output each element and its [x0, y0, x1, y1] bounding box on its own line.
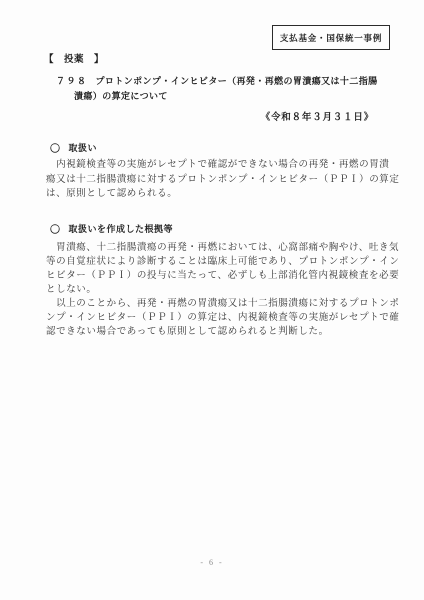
- paragraph-line: 等の自覚症状により診断することは臨床上可能であり、プロトンポンプ・イン: [46, 255, 402, 269]
- paragraph-line: 内視鏡検査等の実施がレセプトで確認ができない場合の再発・再燃の胃潰: [46, 158, 402, 173]
- category-label: 【 投薬 】: [44, 51, 104, 65]
- classification-stamp-text: 支払基金・国保統一事例: [280, 32, 382, 44]
- paragraph-line: としない。: [46, 283, 402, 297]
- rationale-paragraph: 胃潰瘍、十二指腸潰瘍の再発・再燃においては、心窩部痛や胸やけ、吐き気 等の自覚症…: [46, 241, 402, 339]
- item-number: ７９８: [56, 76, 88, 86]
- paragraph-line: 認できない場合であっても原則として認められると判断した。: [46, 325, 402, 339]
- title-text-line-1: プロトンポンプ・インヒビター（再発・再燃の胃潰瘍又は十二指腸: [96, 76, 378, 86]
- paragraph-line: は、原則として認められる。: [46, 187, 402, 202]
- page-number: - 6 -: [0, 558, 424, 567]
- document-title-line-1: ７９８プロトンポンプ・インヒビター（再発・再燃の胃潰瘍又は十二指腸: [56, 74, 378, 87]
- paragraph-line: 胃潰瘍、十二指腸潰瘍の再発・再燃においては、心窩部痛や胸やけ、吐き気: [46, 241, 402, 255]
- handling-paragraph: 内視鏡検査等の実施がレセプトで確認ができない場合の再発・再燃の胃潰 瘍又は十二指…: [46, 158, 402, 202]
- paragraph-line: ンプ・インヒビター（ＰＰＩ）の算定は、内視鏡検査等の実施がレセプトで確: [46, 311, 402, 325]
- paragraph-line: 以上のことから、再発・再燃の胃潰瘍又は十二指腸潰瘍に対するプロトンポ: [46, 297, 402, 311]
- classification-stamp: 支払基金・国保統一事例: [272, 25, 390, 50]
- circle-bullet-icon: 〇: [50, 140, 61, 155]
- paragraph-line: ヒビター（ＰＰＩ）の投与に当たって、必ずしも上部消化管内視鏡検査を必要: [46, 269, 402, 283]
- section-heading-handling: 〇 取扱い: [50, 140, 97, 155]
- section-heading-rationale: 〇 取扱いを作成した根拠等: [50, 221, 173, 236]
- issue-date: 《令和８年３月３１日》: [261, 109, 374, 123]
- document-page: 支払基金・国保統一事例 【 投薬 】 ７９８プロトンポンプ・インヒビター（再発・…: [0, 0, 424, 600]
- section-heading-label: 取扱いを作成した根拠等: [69, 222, 174, 235]
- paragraph-line: 瘍又は十二指腸潰瘍に対するプロトンポンプ・インヒビター（ＰＰＩ）の算定: [46, 173, 402, 188]
- section-heading-label: 取扱い: [69, 141, 98, 154]
- circle-bullet-icon: 〇: [50, 221, 61, 236]
- document-title-line-2: 潰瘍）の算定について: [74, 89, 168, 102]
